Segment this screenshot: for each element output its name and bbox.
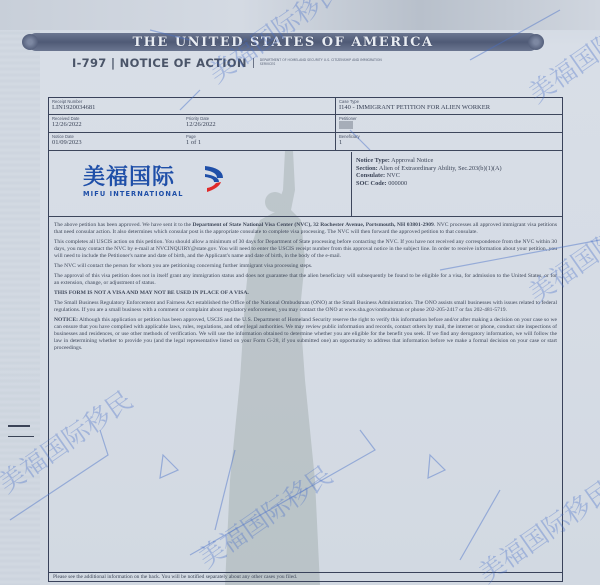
notice-date-cell: Notice Date 01/09/2023 (49, 133, 183, 151)
redacted-block (339, 121, 353, 129)
received-date-value: 12/26/2022 (52, 121, 180, 129)
notice-date-value: 01/09/2023 (52, 139, 180, 147)
notice-details: Notice Type: Approval Notice Section: Al… (351, 152, 562, 216)
mifu-logo: 美福国际 MIFU INTERNATIONAL (83, 166, 233, 206)
form-title: I-797 | NOTICE OF ACTION (72, 56, 247, 70)
section-label: Section: (356, 165, 378, 172)
received-date-cell: Received Date 12/26/2022 (49, 115, 183, 133)
petitioner-value (339, 121, 559, 129)
nvc-address: Department of State National Visa Center… (193, 222, 434, 228)
consulate-value: NVC (387, 172, 400, 179)
department-name: DEPARTMENT OF HOMELAND SECURITY U.S. CIT… (260, 59, 390, 67)
paragraph-status: The approval of this visa petition does … (54, 273, 557, 287)
security-border (0, 30, 40, 585)
consulate-label: Consulate: (356, 172, 385, 179)
banner-title: THE UNITED STATES OF AMERICA (132, 35, 433, 50)
paragraph-notice: NOTICE: Although this application or pet… (54, 317, 557, 352)
mark-line (8, 436, 34, 438)
notice-type-label: Notice Type: (356, 157, 390, 164)
banner: THE UNITED STATES OF AMERICA (28, 33, 538, 51)
soc-code-value: 000000 (388, 180, 407, 187)
address-notice-row: 美福国际 MIFU INTERNATIONAL Notice Type: App… (49, 152, 562, 217)
title-divider (253, 58, 254, 68)
notice-type-value: Approval Notice (391, 157, 433, 164)
page-cell: Page 1 of 1 (183, 133, 336, 151)
paragraph-contact: The NVC will contact the person for whom… (54, 263, 557, 270)
priority-date-cell: Priority Date 12/26/2022 (183, 115, 336, 133)
paragraph-ombudsman: The Small Business Regulatory Enforcemen… (54, 300, 557, 314)
not-a-visa-warning: THIS FORM IS NOT A VISA AND MAY NOT BE U… (54, 290, 249, 296)
notice-frame: Receipt Number LIN1920034681 Case Type I… (48, 97, 563, 582)
receipt-number-value: LIN1920034681 (52, 104, 332, 112)
beneficiary-cell: Beneficiary 1 (336, 133, 562, 151)
form-title-row: I-797 | NOTICE OF ACTION DEPARTMENT OF H… (72, 56, 390, 70)
section-value: Alien of Extraordinary Ability, Sec.203(… (379, 165, 502, 172)
text-span: The above petition has been approved. We… (54, 222, 193, 228)
margin-marks (8, 425, 34, 446)
document-page: THE UNITED STATES OF AMERICA I-797 | NOT… (0, 0, 600, 585)
priority-date-value: 12/26/2022 (186, 121, 332, 129)
soc-code-label: SOC Code: (356, 180, 387, 187)
notice-body: The above petition has been approved. We… (54, 222, 557, 355)
scan-shadow (0, 0, 600, 30)
footer-note: Please see the additional information on… (49, 572, 562, 581)
case-type-value: I140 - IMMIGRANT PETITION FOR ALIEN WORK… (339, 104, 559, 112)
notice-label: NOTICE: (54, 317, 78, 323)
logo-swoosh-icon (201, 164, 227, 196)
beneficiary-value: 1 (339, 139, 559, 147)
notice-text: Although this application or petition ha… (54, 317, 557, 351)
banner-ornament-icon (528, 34, 544, 50)
case-info-table: Receipt Number LIN1920034681 Case Type I… (49, 98, 562, 152)
mark-line (8, 425, 30, 427)
petitioner-cell: Petitioner (336, 115, 562, 133)
receipt-number-cell: Receipt Number LIN1920034681 (49, 98, 336, 115)
case-type-cell: Case Type I140 - IMMIGRANT PETITION FOR … (336, 98, 562, 115)
page-value: 1 of 1 (186, 139, 332, 147)
paragraph-warning: THIS FORM IS NOT A VISA AND MAY NOT BE U… (54, 290, 557, 297)
banner-ornament-icon (22, 34, 38, 50)
paragraph-nvc: The above petition has been approved. We… (54, 222, 557, 236)
paragraph-processing: This completes all USCIS action on this … (54, 239, 557, 260)
